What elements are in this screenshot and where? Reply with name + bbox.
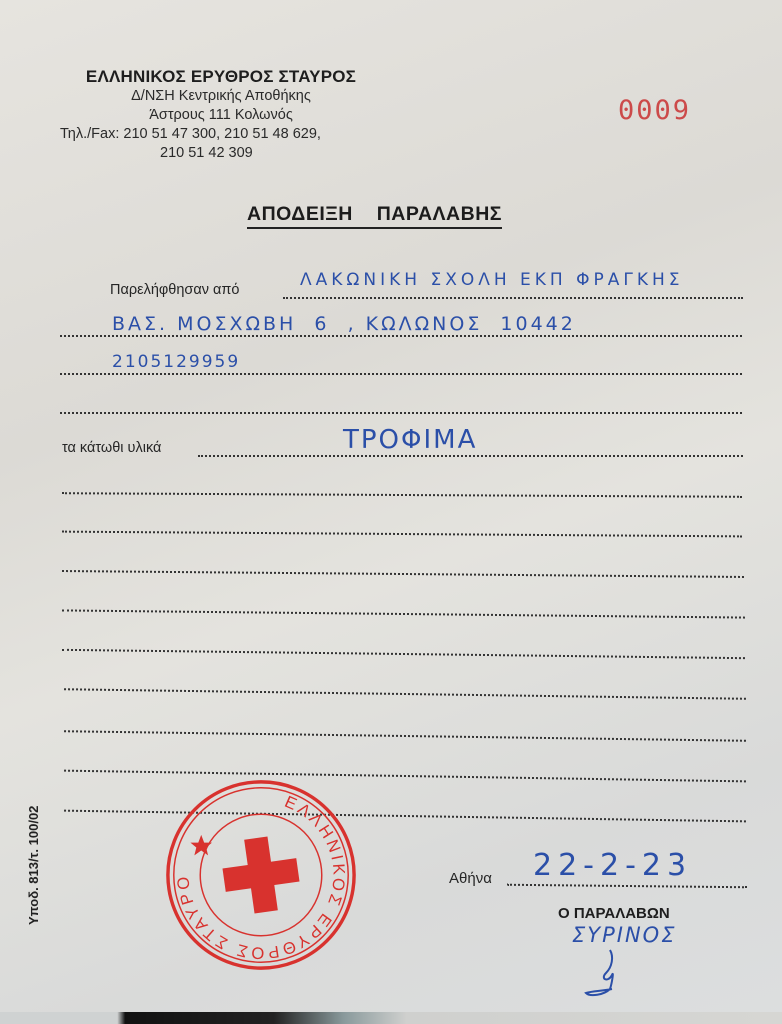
received-from-value-1: ΛΑΚΩΝΙΚΗ ΣΧΟΛΗ ΕΚΠ ΦΡΑΓΚΗΣ bbox=[300, 270, 684, 290]
items-line-1 bbox=[198, 455, 743, 457]
address: Άστρους 111 Κολωνός bbox=[56, 106, 386, 125]
red-cross-stamp: ΕΛΛΗΝΙΚΟΣ ΕΡΥΘΡΟΣ ΣΤΑΥΡΟΣ bbox=[163, 777, 359, 973]
received-from-line-1 bbox=[283, 297, 743, 299]
document-title: ΑΠΟΔΕΙΞΗ ΠΑΡΑΛΑΒΗΣ bbox=[247, 203, 502, 229]
city-label: Αθήνα bbox=[449, 870, 492, 887]
letterhead: ΕΛΛΗΝΙΚΟΣ ΕΡΥΘΡΟΣ ΣΤΑΥΡΟΣ Δ/ΝΣΗ Κεντρική… bbox=[56, 67, 386, 163]
phone-fax-line-1: Τηλ./Fax: 210 51 47 300, 210 51 48 629, bbox=[56, 125, 386, 144]
department-name: Δ/ΝΣΗ Κεντρικής Αποθήκης bbox=[56, 87, 386, 106]
items-label: τα κάτωθι υλικά bbox=[62, 440, 161, 456]
items-line-8 bbox=[64, 730, 746, 742]
received-from-value-2: ΒΑΣ. ΜΟΣΧΩΒΗ 6 , ΚΩΛΩΝΟΣ 10442 bbox=[112, 313, 576, 335]
organization-name: ΕΛΛΗΝΙΚΟΣ ΕΡΥΘΡΟΣ ΣΤΑΥΡΟΣ bbox=[56, 67, 386, 87]
received-from-line-3 bbox=[60, 373, 742, 375]
received-from-label: Παρελήφθησαν από bbox=[110, 282, 239, 298]
items-line-4 bbox=[62, 570, 744, 578]
serial-number: 0009 bbox=[618, 95, 691, 126]
received-from-line-2 bbox=[60, 335, 742, 337]
items-line-5 bbox=[62, 609, 745, 618]
items-line-2 bbox=[62, 492, 742, 498]
star-icon bbox=[190, 835, 212, 856]
date-line bbox=[507, 884, 747, 889]
received-from-value-3: 2105129959 bbox=[112, 352, 240, 372]
items-value-1: ΤΡΟΦΙΜΑ bbox=[343, 425, 477, 455]
phone-fax-line-2: 210 51 42 309 bbox=[56, 144, 386, 163]
receiver-signature-name: ΣΥΡΙΝΟΣ bbox=[572, 923, 676, 947]
photo-bottom-edge bbox=[0, 1012, 782, 1024]
red-cross-icon bbox=[219, 833, 303, 917]
items-line-7 bbox=[64, 688, 746, 700]
receiver-label: Ο ΠΑΡΑΛΑΒΩΝ bbox=[558, 905, 670, 922]
items-line-3 bbox=[62, 531, 742, 538]
form-code: Υποδ. 813/τ. 100/02 bbox=[26, 806, 41, 925]
received-from-line-4 bbox=[60, 412, 742, 414]
date-value: 22-2-23 bbox=[533, 848, 692, 883]
items-line-6 bbox=[62, 649, 745, 659]
